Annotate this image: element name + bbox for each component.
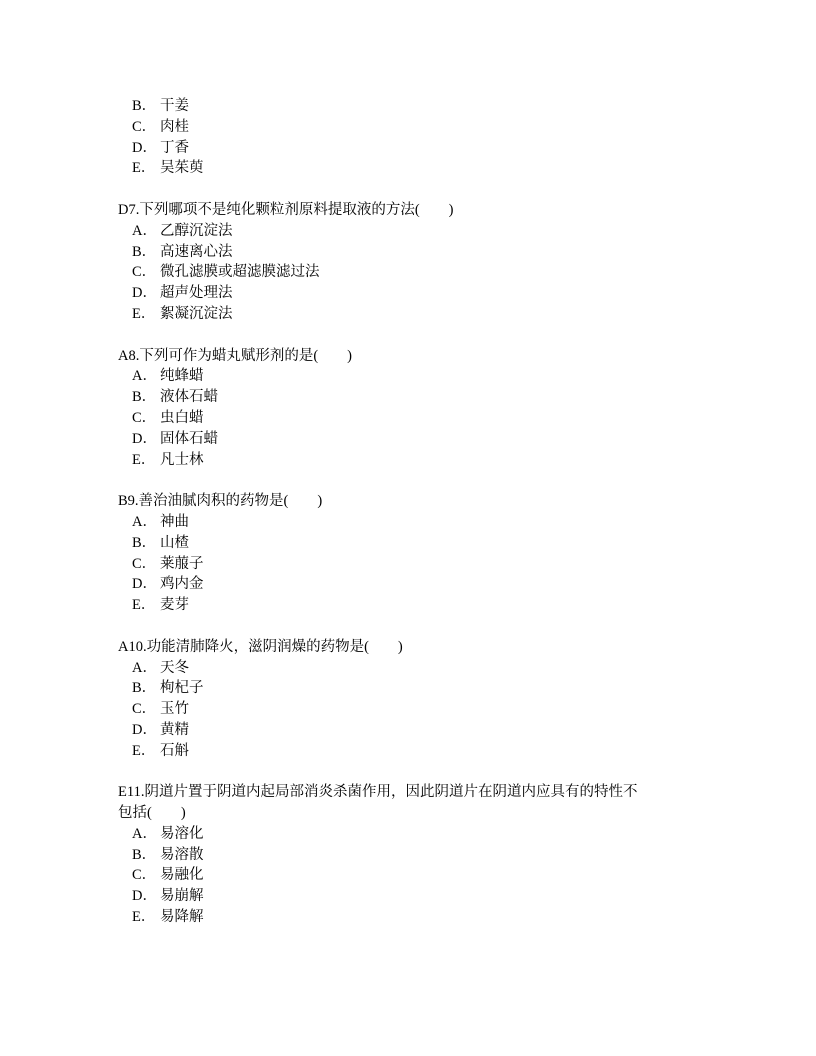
spacer [118,762,708,783]
option-c: C．虫白蜡 [118,408,708,429]
option-d: D．超声处理法 [118,283,708,304]
spacer [118,179,708,200]
option-e: E．凡士林 [118,450,708,471]
option-c: C．玉竹 [118,699,708,720]
option-e: E．吴茱萸 [118,158,708,179]
document-page: B．干姜 C．肉桂 D．丁香 E．吴茱萸 D7.下列哪项不是纯化颗粒剂原料提取液… [118,96,708,928]
question-stem: D7.下列哪项不是纯化颗粒剂原料提取液的方法( ) [118,200,708,221]
option-d: D．丁香 [118,138,708,159]
option-d: D．黄精 [118,720,708,741]
carryover-options: B．干姜 C．肉桂 D．丁香 E．吴茱萸 [118,96,708,179]
spacer [118,616,708,637]
option-b: B．液体石蜡 [118,387,708,408]
option-c: C．莱菔子 [118,554,708,575]
option-b: B．枸杞子 [118,678,708,699]
question-10: A10.功能清肺降火，滋阴润燥的药物是( ) A．天冬 B．枸杞子 C．玉竹 D… [118,637,708,762]
option-a: A．乙醇沉淀法 [118,221,708,242]
question-stem-line-2: 包括( ) [118,803,708,824]
spacer [118,325,708,346]
option-a: A．纯蜂蜡 [118,366,708,387]
spacer [118,470,708,491]
option-e: E．易降解 [118,907,708,928]
option-d: D．易崩解 [118,886,708,907]
option-a: A．易溶化 [118,824,708,845]
option-a: A．天冬 [118,658,708,679]
option-e: E．石斛 [118,741,708,762]
question-9: B9.善治油腻肉积的药物是( ) A．神曲 B．山楂 C．莱菔子 D．鸡内金 E… [118,491,708,616]
question-stem: A10.功能清肺降火，滋阴润燥的药物是( ) [118,637,708,658]
option-e: E．麦芽 [118,595,708,616]
question-stem: A8.下列可作为蜡丸赋形剂的是( ) [118,346,708,367]
option-b: B．高速离心法 [118,242,708,263]
option-c: C．易融化 [118,865,708,886]
question-11: E11.阴道片置于阴道内起局部消炎杀菌作用，因此阴道片在阴道内应具有的特性不 包… [118,782,708,928]
option-c: C．肉桂 [118,117,708,138]
option-e: E．絮凝沉淀法 [118,304,708,325]
option-b: B．易溶散 [118,845,708,866]
option-c: C．微孔滤膜或超滤膜滤过法 [118,262,708,283]
option-b: B．山楂 [118,533,708,554]
question-stem-line-1: E11.阴道片置于阴道内起局部消炎杀菌作用，因此阴道片在阴道内应具有的特性不 [118,782,708,803]
question-7: D7.下列哪项不是纯化颗粒剂原料提取液的方法( ) A．乙醇沉淀法 B．高速离心… [118,200,708,325]
option-d: D．鸡内金 [118,574,708,595]
option-d: D．固体石蜡 [118,429,708,450]
option-a: A．神曲 [118,512,708,533]
option-b: B．干姜 [118,96,708,117]
question-stem: B9.善治油腻肉积的药物是( ) [118,491,708,512]
question-8: A8.下列可作为蜡丸赋形剂的是( ) A．纯蜂蜡 B．液体石蜡 C．虫白蜡 D．… [118,346,708,471]
